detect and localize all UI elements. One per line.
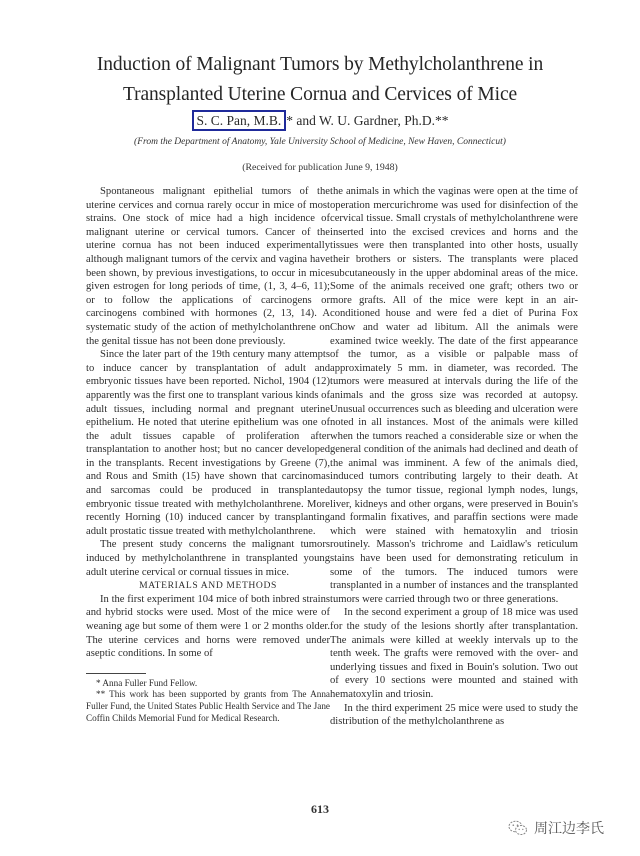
footnote-1: * Anna Fuller Fund Fellow. — [86, 678, 330, 690]
watermark: 周江边李氏 — [508, 818, 604, 838]
author-2: W. U. Gardner, Ph.D.** — [319, 113, 448, 128]
methods-paragraph-1: In the first experiment 104 mice of both… — [86, 593, 330, 661]
methods-paragraph-2: In the second experiment a group of 18 m… — [330, 606, 578, 701]
intro-paragraph-3: The present study concerns the malignant… — [86, 538, 330, 579]
affiliation: (From the Department of Anatomy, Yale Un… — [0, 137, 640, 147]
section-heading-methods: MATERIALS AND METHODS — [86, 579, 330, 593]
footnotes: * Anna Fuller Fund Fellow. ** This work … — [86, 678, 330, 724]
left-column: Spontaneous malignant epithelial tumors … — [86, 185, 330, 724]
paper-title-line-2: Transplanted Uterine Cornua and Cervices… — [0, 80, 640, 110]
author-joiner: and — [293, 113, 319, 128]
intro-paragraph-2: Since the later part of the 19th century… — [86, 348, 330, 538]
intro-paragraph-1: Spontaneous malignant epithelial tumors … — [86, 185, 330, 348]
author-line: S. C. Pan, M.B.* and W. U. Gardner, Ph.D… — [0, 113, 640, 129]
right-column: the animals in which the vaginas were op… — [330, 185, 578, 729]
received-date: (Received for publication June 9, 1948) — [0, 162, 640, 173]
watermark-text: 周江边李氏 — [534, 818, 604, 838]
footnote-divider — [86, 673, 146, 674]
footnote-2: ** This work has been supported by grant… — [86, 689, 330, 724]
methods-paragraph-3: In the third experiment 25 mice were use… — [330, 702, 578, 729]
page-number: 613 — [0, 802, 640, 817]
paper-title-line-1: Induction of Malignant Tumors by Methylc… — [0, 50, 640, 80]
methods-paragraph-continued: the animals in which the vaginas were op… — [330, 185, 578, 606]
wechat-icon — [508, 820, 528, 836]
highlighted-author: S. C. Pan, M.B. — [192, 110, 287, 131]
